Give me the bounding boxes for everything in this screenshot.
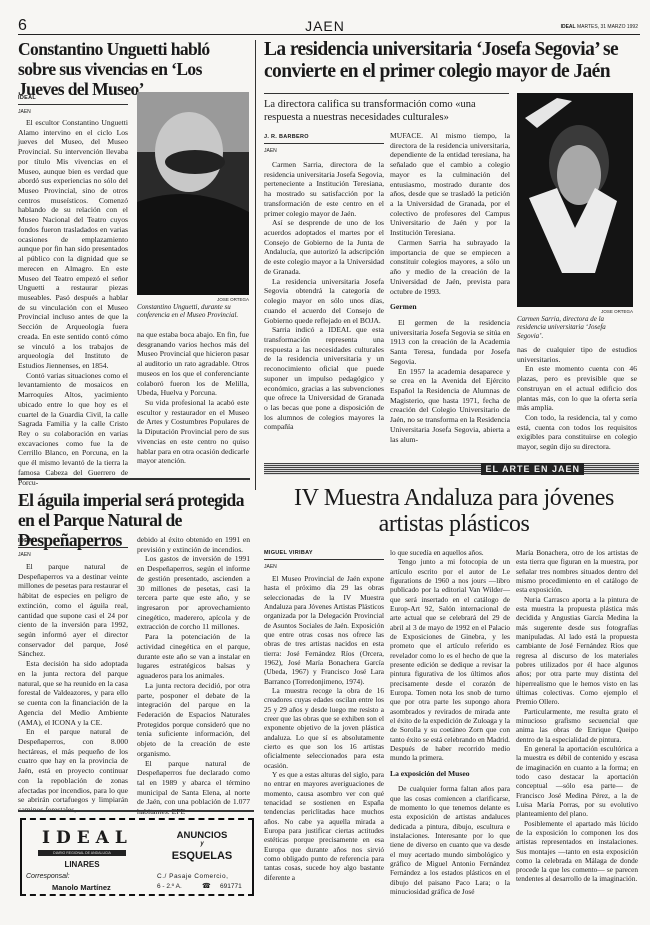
photo-caption: Constantino Unguetti, durante su confere… (137, 303, 249, 320)
muestra-col-1: El Museo Provincial de Jaén expone hasta… (264, 574, 384, 882)
section-title: JAEN (0, 18, 650, 34)
paragraph: La residencia universitaria Josefa Segov… (264, 277, 384, 326)
masthead: IDEAL (561, 24, 576, 30)
residencia-col-2: MUFACE. Al mismo tiempo, la directora de… (390, 131, 510, 444)
residencia-meta: J. R. BARBERO JAEN (264, 134, 384, 160)
ad-contact-name: Manolo Martínez (52, 883, 111, 892)
ad-title-1: ANUNCIOS (152, 830, 252, 841)
paragraph: Tengo junto a mi fotocopia de un artícul… (390, 557, 510, 762)
dateline: JAEN (18, 109, 128, 115)
headline-residencia: La residencia universitaria ‘Josefa Sego… (264, 39, 650, 84)
banner-label: EL ARTE EN JAEN (481, 463, 584, 475)
ad-address-2: 6 - 2.º A. (157, 883, 182, 890)
column-divider (255, 40, 256, 490)
paragraph: El escultor Constantino Unguetti Alamo i… (18, 118, 128, 371)
masthead-date: IDEAL MARTES, 31 MARZO 1992 (561, 24, 638, 30)
subheading: Germen (390, 302, 510, 312)
photo-credit: JOSE ORTEGA (137, 297, 249, 302)
portrait-image (517, 93, 633, 307)
paragraph: Así se desprende de uno de los acuerdos … (264, 218, 384, 276)
headline-muestra: IV Muestra Andaluza para jóvenes artista… (264, 485, 644, 538)
section-divider (18, 478, 250, 480)
unguetti-col-2: na que estaba boca abajo. En fin, fue de… (137, 330, 249, 466)
section-divider (18, 810, 254, 812)
paragraph: na que estaba boca abajo. En fin, fue de… (137, 330, 249, 398)
deck-residencia: La directora califica su transformación … (264, 98, 509, 124)
paragraph: El parque natural de Despeñaperros va a … (18, 562, 128, 659)
paragraph: Particularmente, me resulta grato el min… (516, 707, 638, 744)
photo-unguetti (137, 92, 249, 295)
residencia-col-1: Carmen Sarria, directora de la residenci… (264, 160, 384, 432)
paragraph: Y es que a estas alturas del siglo, para… (264, 770, 384, 882)
photo-sarria (517, 93, 633, 307)
photo-credit: JOSE ORTEGA (517, 309, 633, 314)
paragraph: Para la potenciación de la actividad cin… (137, 632, 250, 681)
paragraph: El parque natural de Despeñaperros fue d… (137, 759, 250, 817)
telephone-icon: ☎ (202, 882, 211, 890)
paragraph: Sarria indicó a IDEAL que esta transform… (264, 325, 384, 432)
paragraph: Contó varias situaciones como el levanta… (18, 371, 128, 488)
paragraph: En general la aportación escultórica a l… (516, 744, 638, 819)
aguila-meta: IDEAL JAEN (18, 538, 128, 564)
issue-date: MARTES, 31 MARZO 1992 (577, 24, 638, 30)
paragraph: lo que sucedía en aquellos años. (390, 548, 510, 557)
muestra-meta: MIGUEL VIRIBAY JAEN (264, 550, 384, 576)
aguila-col-2: debido al éxito obtenido en 1991 en prev… (137, 535, 250, 817)
paragraph: Posiblemente el apartado más lúcido de l… (516, 819, 638, 884)
section-banner: EL ARTE EN JAEN (264, 463, 639, 475)
paragraph: De cualquier forma faltan años para que … (390, 784, 510, 896)
deck-rule (264, 93, 509, 94)
portrait-image (137, 92, 249, 295)
ad-phone: 691771 (220, 883, 242, 890)
paragraph: En 1957 la academia desaparece y se crea… (390, 367, 510, 445)
muestra-col-2: lo que sucedía en aquellos años. Tengo j… (390, 548, 510, 896)
paragraph: En el parque natural de Despeñaperros, c… (18, 727, 128, 814)
ad-brand: IDEAL (42, 828, 133, 848)
residencia-col-3: nas de cualquier tipo de estudios univer… (517, 345, 637, 452)
advertisement: IDEAL DIARIO REGIONAL DE ANDALUCIA LINAR… (20, 818, 254, 896)
dateline: JAEN (18, 552, 128, 558)
photo-caption: Carmen Sarria, directora de la residenci… (517, 315, 633, 340)
paragraph: MUFACE. Al mismo tiempo, la directora de… (390, 131, 510, 238)
paragraph: El germen de la residencia universitaria… (390, 318, 510, 367)
unguetti-col-1: El escultor Constantino Unguetti Alamo i… (18, 118, 128, 487)
paragraph: En este momento cuenta con 46 plazas, pe… (517, 364, 637, 413)
ad-title-2: ESQUELAS (152, 850, 252, 862)
paragraph: María Bonachera, otro de los artistas de… (516, 548, 638, 595)
paragraph: nas de cualquier tipo de estudios univer… (517, 345, 637, 364)
byline: IDEAL (18, 538, 128, 548)
subheading: La exposición del Museo (390, 769, 510, 779)
ad-address-1: C./ Pasaje Comercio, (157, 873, 255, 880)
byline: IDEAL (18, 95, 128, 105)
byline: J. R. BARBERO (264, 134, 384, 144)
paragraph: La junta rectora decidió, por otra parte… (137, 681, 250, 759)
paragraph: Carmen Sarria, directora de la residenci… (264, 160, 384, 218)
ad-city: LINARES (38, 860, 126, 869)
paragraph: Carmen Sarria ha subrayado la importanci… (390, 238, 510, 296)
paragraph: Los gastos de inversión de 1991 en Despe… (137, 554, 250, 632)
aguila-col-1: El parque natural de Despeñaperros va a … (18, 562, 128, 815)
header-rule (18, 34, 640, 35)
paragraph: Esta decisión ha sido adoptada en la jun… (18, 659, 128, 727)
byline: MIGUEL VIRIBAY (264, 550, 384, 560)
muestra-col-3: María Bonachera, otro de los artistas de… (516, 548, 638, 884)
paragraph: Con todo, la residencia, tal y como está… (517, 413, 637, 452)
paragraph: La muestra recoge la obra de 16 creadore… (264, 686, 384, 770)
ad-tagline: DIARIO REGIONAL DE ANDALUCIA (38, 850, 126, 856)
ad-title-and: y (152, 841, 252, 847)
ad-contact-label: Corresponsal: (26, 873, 70, 880)
paragraph: debido al éxito obtenido en 1991 en prev… (137, 535, 250, 554)
dateline: JAEN (264, 148, 384, 154)
paragraph: Su vida profesional la acabó este escult… (137, 398, 249, 466)
headline-unguetti: Constantino Unguetti habló sobre sus viv… (18, 39, 250, 99)
dateline: JAEN (264, 564, 384, 570)
paragraph: Nuria Carrasco aporta a la pintura de es… (516, 595, 638, 707)
paragraph: El Museo Provincial de Jaén expone hasta… (264, 574, 384, 686)
